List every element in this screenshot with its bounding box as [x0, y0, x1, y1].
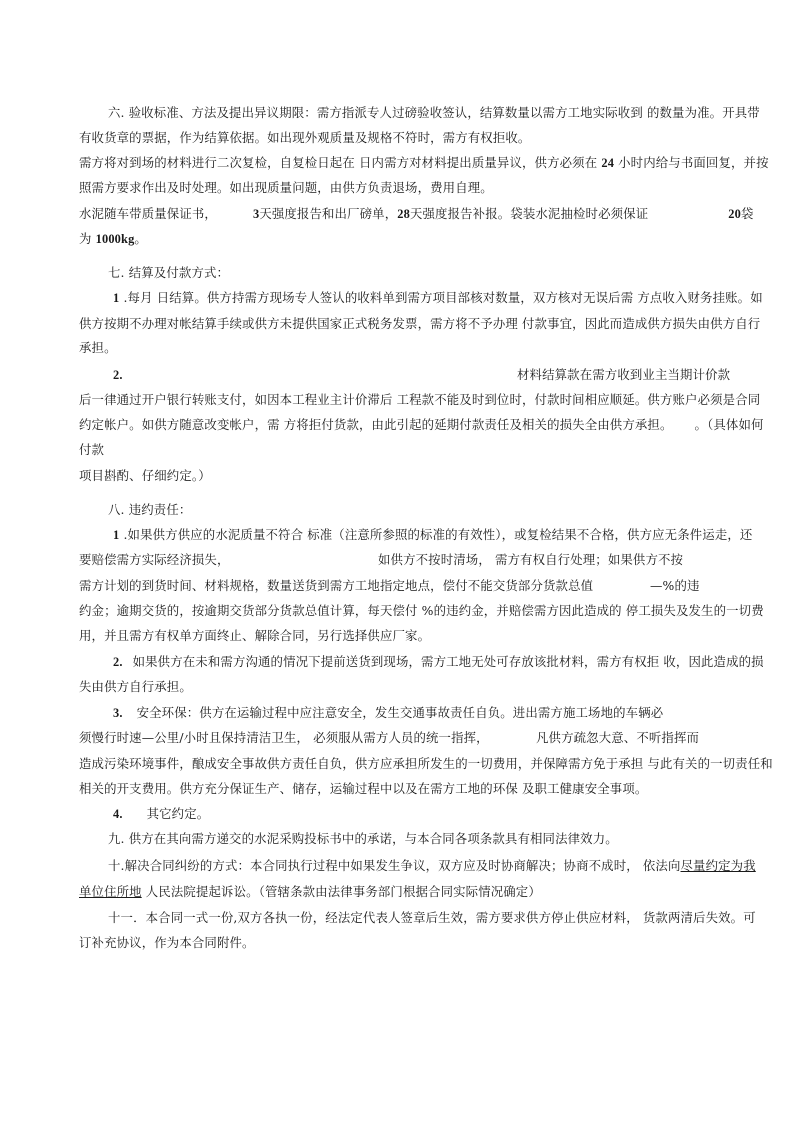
text: .如果供方供应的水泥质量不符合 标准（注意所参照的标准的有效性），或复检结果不合…	[119, 527, 752, 542]
text: 后一律通过开户银行转账支付，如因本工程业主计价滞后 工程款不能及时到位时，付款时…	[79, 392, 760, 407]
clause-8-2-line-2: 失由供方自行承担。	[79, 679, 192, 695]
clause-8-1-line-2b: 如供方不按时清场， 需方有权自行处理；如果供方不按	[378, 552, 683, 568]
text: 订补充协议，作为本合同附件。	[79, 935, 255, 950]
text: 天强度报告补报。袋装水泥抽检时必须保证	[410, 206, 648, 221]
clause-7-2-number: 2.	[113, 367, 123, 383]
text: 人民法院提起诉讼。（管辖条款由法律事务部门根据合同实际情况确定）	[142, 884, 541, 899]
clause-11-line-2: 订补充协议，作为本合同附件。	[79, 935, 255, 951]
clause-10-line-1: 十.解决合同纠纷的方式：本合同执行过程中如果发生争议，双方应及时协商解决；协商不…	[108, 858, 756, 874]
clause-10-line-2: 单位住所地 人民法院提起诉讼。（管辖条款由法律事务部门根据合同实际情况确定）	[79, 884, 541, 900]
document-page: 六. 验收标准、方法及提出异议期限：需方指派专人过磅验收签认，结算数量以需方工地…	[0, 0, 796, 1127]
text: 八. 违约责任：	[108, 502, 191, 517]
clause-8-1-line-3: 需方计划的到货时间、材料规格，数量送货到需方工地指定地点，偿付不能交货部分货款总…	[79, 578, 593, 594]
text: 安全环保：供方在运输过程中应注意安全，发生交通事故责任自负。进出需方施工场地的车…	[137, 705, 664, 720]
clause-8-3-line-3: 造成污染环境事件，酿成安全事故供方责任自负，供方应承担所发生的一切费用，并保障需…	[79, 756, 773, 772]
text: 袋	[741, 206, 754, 221]
text: 有收货章的票据，作为结算依据。如出现外观质量及规格不符时，需方有权拒收。	[79, 130, 530, 145]
text: .每月 日结算。供方持需方现场专人签认的收料单到需方项目部核对数量，双方核对无误…	[119, 290, 762, 305]
clause-6-line-2: 有收货章的票据，作为结算依据。如出现外观质量及规格不符时，需方有权拒收。	[79, 130, 530, 146]
clause-7-heading: 七. 结算及付款方式：	[108, 265, 229, 281]
text: 需方计划的到货时间、材料规格，数量送货到需方工地指定地点，偿付不能交货部分货款总…	[79, 578, 593, 593]
text: 九. 供方在其向需方递交的水泥采购投标书中的承诺，与本合同各项条款具有相同法律效…	[108, 831, 618, 846]
text: 须慢行时速—公里/小时且保持清洁卫生， 必须服从需方人员的统一指挥，	[79, 730, 489, 745]
clause-8-3-line-2b: 凡供方疏忽大意、不听指挥而	[536, 730, 699, 746]
text: 造成污染环境事件，酿成安全事故供方责任自负，供方应承担所发生的一切费用，并保障需…	[79, 756, 773, 771]
weight-value: 1000kg	[96, 232, 135, 246]
clause-6-line-5: 水泥随车带质量保证书，3天强度报告和出厂磅单，28天强度报告补报。袋装水泥抽检时…	[79, 206, 754, 222]
text: 要赔偿需方实际经济损失，	[79, 552, 230, 567]
text: 天强度报告和出厂磅单，	[259, 206, 397, 221]
text: 。	[134, 231, 147, 246]
clause-6-line-6: 为 1000kg。	[79, 231, 147, 247]
clause-7-1-line-2: 供方按期不办理对帐结算手续或供方未提供国家正式税务发票，需方将不予办理 付款事宜…	[79, 316, 760, 332]
text: 约金；逾期交货的，按逾期交货部分货款总值计算，每天偿付 %的违约金，并赔偿需方因…	[79, 603, 764, 618]
item-number: 2.	[113, 368, 123, 382]
clause-11-line-1: 十一．本合同一式一份,双方各执一份，经法定代表人签章后生效，需方要求供方停止供应…	[108, 910, 756, 926]
clause-8-1-line-2: 要赔偿需方实际经济损失，	[79, 552, 230, 568]
text: 材料结算款在需方收到业主当期计价款	[517, 367, 730, 382]
text: 十一．本合同一式一份,双方各执一份，经法定代表人签章后生效，需方要求供方停止供应…	[108, 910, 756, 925]
item-number: 2.	[113, 655, 123, 669]
text: 失由供方自行承担。	[79, 679, 192, 694]
clause-7-2-line-3: 约定帐户。如供方随意改变帐户，需 方将拒付货款，由此引起的延期付款责任及相关的损…	[79, 417, 764, 433]
clause-6-line-3: 需方将对到场的材料进行二次复检，自复检日起在 日内需方对材料提出质量异议，供方必…	[79, 155, 769, 171]
item-number: 4.	[113, 807, 123, 821]
clause-8-1-line-1: 1 .如果供方供应的水泥质量不符合 标准（注意所参照的标准的有效性），或复检结果…	[113, 527, 752, 543]
clause-7-2-line-1: 材料结算款在需方收到业主当期计价款	[517, 367, 730, 383]
text: 承担。	[79, 340, 117, 355]
text: 付款	[79, 442, 104, 457]
text: 用，并且需方有权单方面终止、解除合同，另行选择供应厂家。	[79, 628, 430, 643]
text: 相关的开支费用。供方充分保证生产、储存，运输过程中以及在需方工地的环保 及职工健…	[79, 781, 647, 796]
clause-7-2-line-2: 后一律通过开户银行转账支付，如因本工程业主计价滞后 工程款不能及时到位时，付款时…	[79, 392, 760, 408]
text: 需方将对到场的材料进行二次复检，自复检日起在 日内需方对材料提出质量异议，供方必…	[79, 155, 601, 170]
clause-7-1-line-1: 1 .每月 日结算。供方持需方现场专人签认的收料单到需方项目部核对数量，双方核对…	[113, 290, 763, 306]
clause-8-3-line-2: 须慢行时速—公里/小时且保持清洁卫生， 必须服从需方人员的统一指挥，	[79, 730, 489, 746]
clause-8-1-line-3b: —%的违	[650, 578, 700, 594]
clause-8-3-line-1: 3.安全环保：供方在运输过程中应注意安全，发生交通事故责任自负。进出需方施工场地…	[113, 705, 663, 721]
text: 十.解决合同纠纷的方式：本合同执行过程中如果发生争议，双方应及时协商解决；协商不…	[108, 858, 681, 873]
clause-7-1-line-3: 承担。	[79, 340, 117, 356]
clause-8-3-line-4: 相关的开支费用。供方充分保证生产、储存，运输过程中以及在需方工地的环保 及职工健…	[79, 781, 647, 797]
text: 水泥随车带质量保证书，	[79, 206, 217, 221]
clause-7-2-line-5: 项目斟酌、仔细约定。）	[79, 468, 211, 484]
clause-8-2-line-1: 2.如果供方在未和需方沟通的情况下提前送货到现场，需方工地无处可存放该批材料，需…	[113, 654, 764, 670]
clause-7-2-line-4: 付款	[79, 442, 104, 458]
clause-8-1-line-4: 约金；逾期交货的，按逾期交货部分货款总值计算，每天偿付 %的违约金，并赔偿需方因…	[79, 603, 764, 619]
item-number: 3.	[113, 706, 123, 720]
text: —%的违	[650, 578, 700, 593]
text: 约定帐户。如供方随意改变帐户，需 方将拒付货款，由此引起的延期付款责任及相关的损…	[79, 417, 673, 432]
underlined-text: 尽量约定为我	[681, 858, 756, 873]
text: 。（具体如何	[695, 417, 764, 432]
text: 七. 结算及付款方式：	[108, 265, 229, 280]
text: 凡供方疏忽大意、不听指挥而	[536, 730, 699, 745]
text: 照需方要求作出及时处理。如出现质量问题，由供方负责退场，费用自理。	[79, 180, 493, 195]
underlined-text: 单位住所地	[79, 884, 142, 899]
text: 项目斟酌、仔细约定。）	[79, 468, 211, 483]
text: 为	[79, 231, 96, 246]
clause-6-line-1: 六. 验收标准、方法及提出异议期限：需方指派专人过磅验收签认，结算数量以需方工地…	[108, 105, 760, 121]
text: 供方按期不办理对帐结算手续或供方未提供国家正式税务发票，需方将不予办理 付款事宜…	[79, 316, 760, 331]
hours-value: 24	[601, 156, 614, 170]
clause-8-4-line-1: 4.其它约定。	[113, 806, 209, 822]
clause-9: 九. 供方在其向需方递交的水泥采购投标书中的承诺，与本合同各项条款具有相同法律效…	[108, 831, 618, 847]
days-value-28: 28	[397, 207, 410, 221]
bags-value: 20	[728, 207, 741, 221]
text: 如供方不按时清场， 需方有权自行处理；如果供方不按	[378, 552, 683, 567]
text: 六. 验收标准、方法及提出异议期限：需方指派专人过磅验收签认，结算数量以需方工地…	[108, 105, 760, 120]
clause-6-line-4: 照需方要求作出及时处理。如出现质量问题，由供方负责退场，费用自理。	[79, 180, 493, 196]
text: 如果供方在未和需方沟通的情况下提前送货到现场，需方工地无处可存放该批材料，需方有…	[133, 654, 764, 669]
text: 小时内给与书面回复，并按	[614, 155, 769, 170]
text: 其它约定。	[147, 806, 210, 821]
clause-8-1-line-5: 用，并且需方有权单方面终止、解除合同，另行选择供应厂家。	[79, 628, 430, 644]
clause-8-heading: 八. 违约责任：	[108, 502, 191, 518]
